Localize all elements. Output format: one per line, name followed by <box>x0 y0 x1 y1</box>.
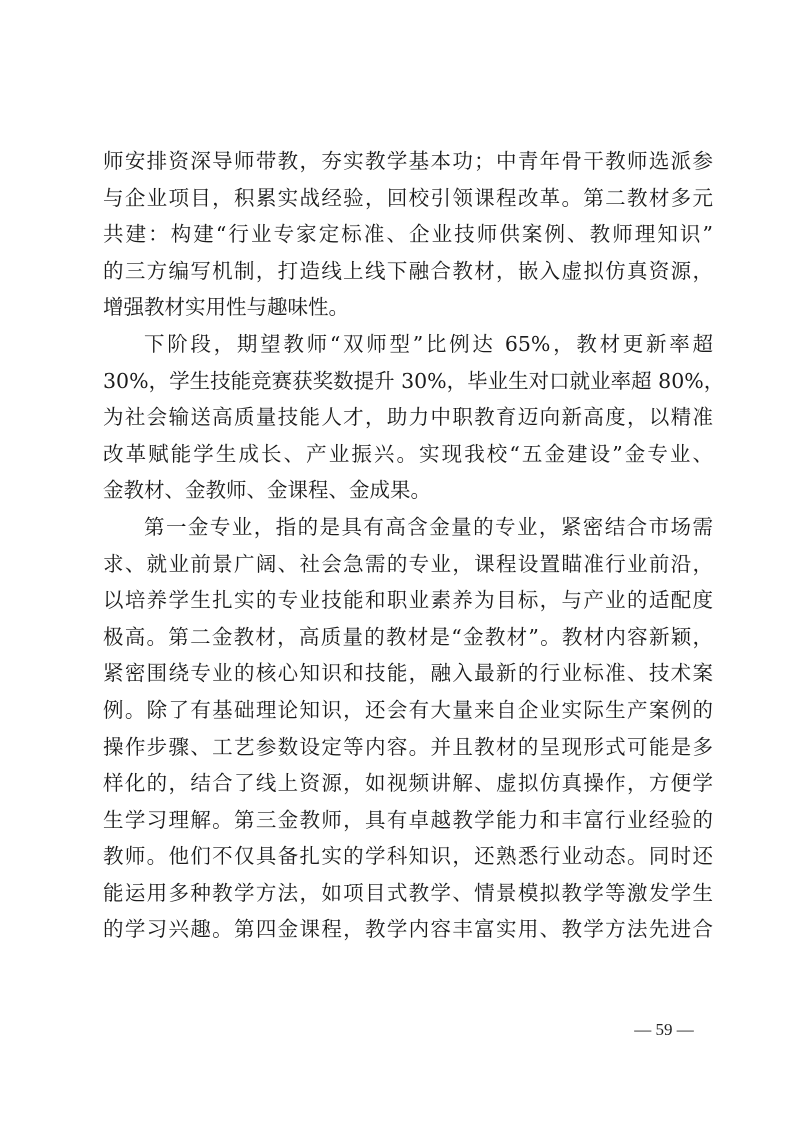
text-line: 极高。第二金教材，高质量的教材是“金教材”。教材内容新颖， <box>103 619 713 656</box>
text-line: 求、就业前景广阔、社会急需的专业，课程设置瞄准行业前沿， <box>103 546 713 583</box>
page-number: — 59 — <box>628 1018 700 1042</box>
text-line: 共建：构建“行业专家定标准、企业技师供案例、教师理知识” <box>103 216 713 253</box>
text-line: 30%，学生技能竞赛获奖数提升 30%，毕业生对口就业率超 80%， <box>103 363 713 400</box>
text-line: 与企业项目，积累实战经验，回校引领课程改革。第二教材多元 <box>103 180 713 217</box>
text-line: 的三方编写机制，打造线上线下融合教材，嵌入虚拟仿真资源， <box>103 253 713 290</box>
text-line: 教师。他们不仅具备扎实的学科知识，还熟悉行业动态。同时还 <box>103 838 713 875</box>
text-line: 能运用多种教学方法，如项目式教学、情景模拟教学等激发学生 <box>103 875 713 912</box>
paragraph-2: 下阶段，期望教师“双师型”比例达 65%，教材更新率超 30%，学生技能竞赛获奖… <box>103 326 713 509</box>
text-line: 第一金专业，指的是具有高含金量的专业，紧密结合市场需 <box>103 509 713 546</box>
text-line: 例。除了有基础理论知识，还会有大量来自企业实际生产案例的 <box>103 692 713 729</box>
text-line: 紧密围绕专业的核心知识和技能，融入最新的行业标准、技术案 <box>103 655 713 692</box>
text-line: 增强教材实用性与趣味性。 <box>103 289 713 326</box>
text-line: 生学习理解。第三金教师，具有卓越教学能力和丰富行业经验的 <box>103 802 713 839</box>
text-line: 操作步骤、工艺参数设定等内容。并且教材的呈现形式可能是多 <box>103 729 713 766</box>
document-page: 师安排资深导师带教，夯实教学基本功；中青年骨干教师选派参 与企业项目，积累实战经… <box>0 0 800 1131</box>
text-line: 金教材、金教师、金课程、金成果。 <box>103 472 713 509</box>
text-line: 下阶段，期望教师“双师型”比例达 65%，教材更新率超 <box>103 326 713 363</box>
body-text: 师安排资深导师带教，夯实教学基本功；中青年骨干教师选派参 与企业项目，积累实战经… <box>103 143 713 948</box>
text-line: 的学习兴趣。第四金课程，教学内容丰富实用、教学方法先进合 <box>103 911 713 948</box>
text-line: 样化的，结合了线上资源，如视频讲解、虚拟仿真操作，方便学 <box>103 765 713 802</box>
text-line: 改革赋能学生成长、产业振兴。实现我校“五金建设”金专业、 <box>103 436 713 473</box>
paragraph-3: 第一金专业，指的是具有高含金量的专业，紧密结合市场需 求、就业前景广阔、社会急需… <box>103 509 713 948</box>
paragraph-1: 师安排资深导师带教，夯实教学基本功；中青年骨干教师选派参 与企业项目，积累实战经… <box>103 143 713 326</box>
text-line: 为社会输送高质量技能人才，助力中职教育迈向新高度，以精准 <box>103 399 713 436</box>
text-line: 以培养学生扎实的专业技能和职业素养为目标，与产业的适配度 <box>103 582 713 619</box>
text-line: 师安排资深导师带教，夯实教学基本功；中青年骨干教师选派参 <box>103 143 713 180</box>
